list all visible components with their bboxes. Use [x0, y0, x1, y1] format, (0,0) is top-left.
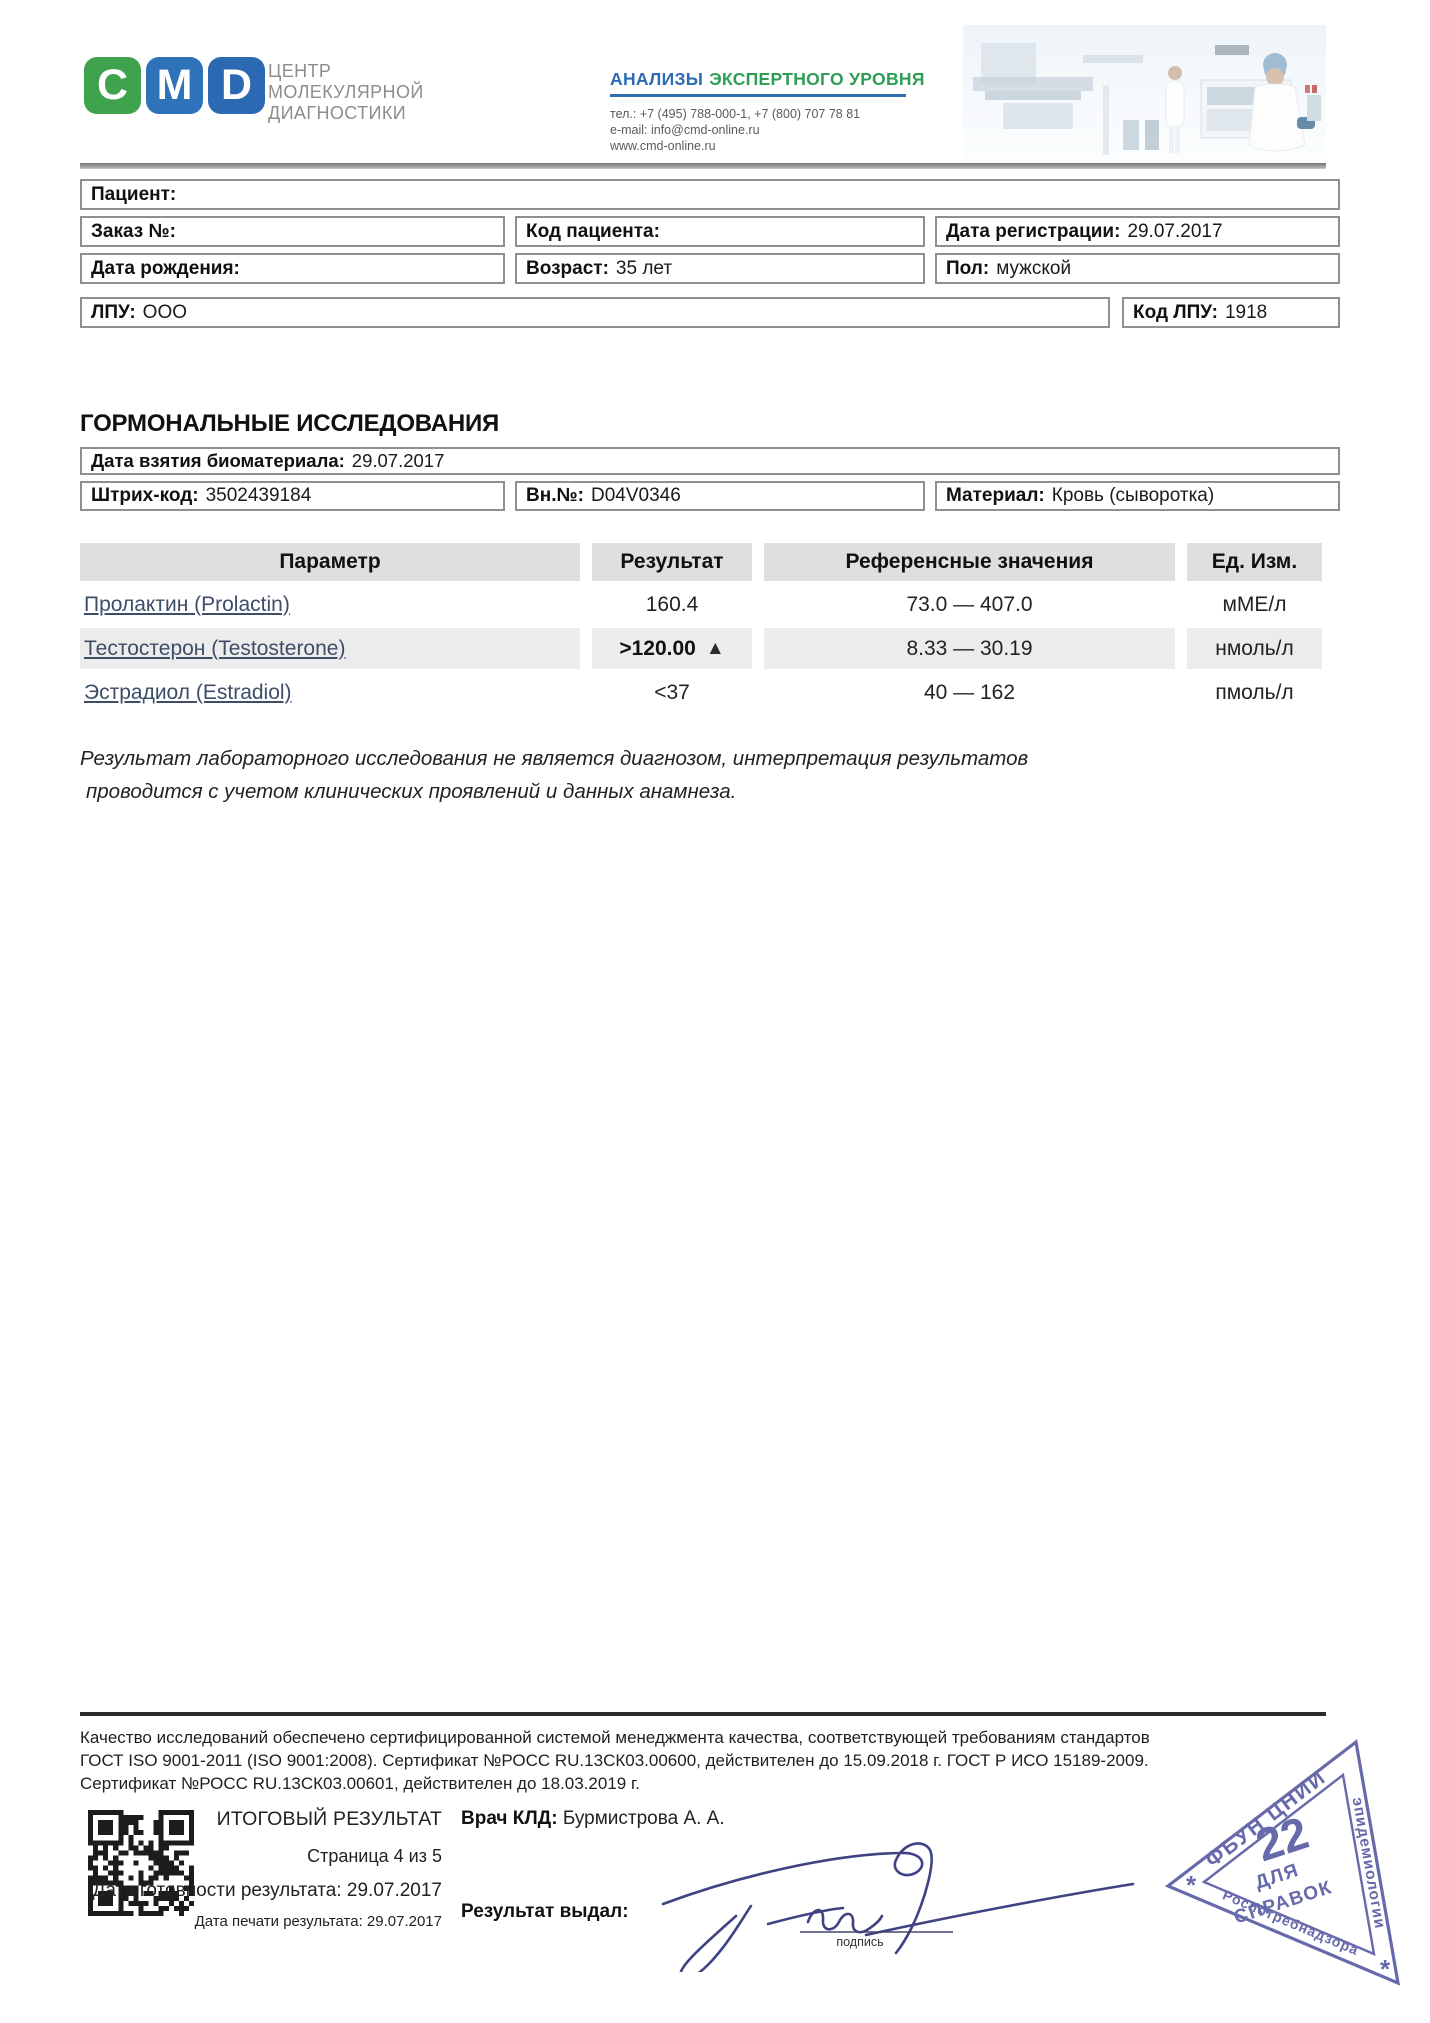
doctor-line: Врач КЛД: Бурмистрова А. А. — [461, 1808, 725, 1830]
section-title: ГОРМОНАЛЬНЫЕ ИССЛЕДОВАНИЯ — [80, 410, 499, 438]
material-field: Материал: Кровь (сыворотка) — [935, 481, 1340, 511]
logo-letter-m: M — [146, 57, 203, 114]
tagline-green: ЭКСПЕРТНОГО УРОВНЯ — [709, 69, 925, 89]
patient-code-label: Код пациента: — [526, 221, 660, 243]
patient-label: Пациент: — [91, 184, 176, 206]
lab-report-page: C M D ЦЕНТР МОЛЕКУЛЯРНОЙ ДИАГНОСТИКИ АНА… — [0, 0, 1430, 2023]
lpu-code-label: Код ЛПУ: — [1133, 302, 1218, 324]
ready-date-line: Дата готовности результата: 29.07.2017 — [80, 1880, 442, 1902]
quality-line2: ГОСТ ISO 9001-2011 (ISO 9001:2008). Серт… — [80, 1749, 1150, 1772]
stamp-asterisk-bottom: * — [1380, 1954, 1391, 1984]
result-row-value-cell: 160.4 — [592, 584, 752, 625]
age-value: 35 лет — [616, 258, 672, 280]
birth-date-label: Дата рождения: — [91, 258, 240, 280]
phone-line: тел.: +7 (495) 788-000-1, +7 (800) 707 7… — [610, 106, 860, 122]
note-line1: Результат лабораторного исследования не … — [80, 742, 1028, 775]
ready-date-value: 29.07.2017 — [347, 1880, 442, 1901]
print-date-label: Дата печати результата: — [195, 1913, 363, 1930]
issued-by-label: Результат выдал: — [461, 1901, 629, 1923]
quality-statement: Качество исследований обеспечено сертифи… — [80, 1726, 1150, 1795]
sex-field: Пол: мужской — [935, 253, 1340, 284]
logo-letter-d: D — [208, 57, 265, 114]
org-name: ЦЕНТР МОЛЕКУЛЯРНОЙ ДИАГНОСТИКИ — [268, 61, 424, 124]
print-date-line: Дата печати результата: 29.07.2017 — [80, 1913, 442, 1930]
result-row-reference-cell: 40 — 162 — [764, 672, 1175, 713]
lpu-code-value: 1918 — [1225, 302, 1267, 324]
parameter-link[interactable]: Пролактин (Prolactin) — [84, 593, 290, 617]
result-row-units-cell: пмоль/л — [1187, 672, 1322, 713]
patient-code-field: Код пациента: — [515, 216, 925, 247]
stamp-edge-right-text: эпидемиологии — [1348, 1796, 1388, 1930]
lpu-label: ЛПУ: — [91, 302, 136, 324]
footer-separator — [80, 1712, 1326, 1716]
biomaterial-date-field: Дата взятия биоматериала: 29.07.2017 — [80, 447, 1340, 475]
signature: подпись — [618, 1832, 1143, 1972]
website-line: www.cmd-online.ru — [610, 138, 860, 154]
patient-field: Пациент: — [80, 179, 1340, 210]
material-value: Кровь (сыворотка) — [1052, 485, 1214, 507]
contacts-block: тел.: +7 (495) 788-000-1, +7 (800) 707 7… — [610, 106, 860, 154]
tagline-blue: АНАЛИЗЫ — [610, 69, 703, 89]
result-row-parameter-cell: Пролактин (Prolactin) — [80, 584, 580, 625]
order-field: Заказ №: — [80, 216, 505, 247]
org-name-line3: ДИАГНОСТИКИ — [268, 103, 424, 124]
registration-date-field: Дата регистрации: 29.07.2017 — [935, 216, 1340, 247]
material-label: Материал: — [946, 485, 1045, 507]
print-date-value: 29.07.2017 — [367, 1913, 442, 1930]
quality-line3: Сертификат №РОСС RU.13СК03.00601, действ… — [80, 1772, 1150, 1795]
lpu-value: ООО — [143, 302, 187, 324]
parameter-link[interactable]: Эстрадиол (Estradiol) — [84, 681, 292, 705]
biomaterial-date-label: Дата взятия биоматериала: — [91, 450, 345, 472]
registration-date-value: 29.07.2017 — [1127, 221, 1222, 243]
triangular-stamp: ФБУН ЦНИИ эпидемиологии Роспотребнадзора… — [1113, 1736, 1430, 2023]
quality-line1: Качество исследований обеспечено сертифи… — [80, 1726, 1150, 1749]
tagline: АНАЛИЗЫЭКСПЕРТНОГО УРОВНЯ — [610, 69, 925, 90]
lpu-code-field: Код ЛПУ: 1918 — [1122, 297, 1340, 328]
stamp-asterisk-left: * — [1186, 1870, 1197, 1900]
logo-letter-c: C — [84, 57, 141, 114]
result-row-parameter-cell: Эстрадиол (Estradiol) — [80, 672, 580, 713]
tagline-underline — [610, 94, 906, 97]
sex-value: мужской — [996, 258, 1071, 280]
order-label: Заказ №: — [91, 221, 176, 243]
internal-number-value: D04V0346 — [591, 485, 681, 507]
final-result-title: ИТОГОВЫЙ РЕЗУЛЬТАТ — [80, 1808, 442, 1831]
sex-label: Пол: — [946, 258, 989, 280]
column-header-units: Ед. Изм. — [1187, 543, 1322, 581]
ready-date-label: Дата готовности результата: — [93, 1880, 342, 1901]
barcode-field: Штрих-код: 3502439184 — [80, 481, 505, 511]
result-row-units-cell: нмоль/л — [1187, 628, 1322, 669]
page-indicator: Страница 4 из 5 — [80, 1846, 442, 1867]
age-label: Возраст: — [526, 258, 609, 280]
result-row-reference-cell: 73.0 — 407.0 — [764, 584, 1175, 625]
signature-caption: подпись — [836, 1935, 883, 1949]
result-row-units-cell: мМЕ/л — [1187, 584, 1322, 625]
org-name-line1: ЦЕНТР — [268, 61, 424, 82]
result-row-value-cell: >120.00▲ — [592, 628, 752, 669]
result-row-reference-cell: 8.33 — 30.19 — [764, 628, 1175, 669]
column-header-parameter: Параметр — [80, 543, 580, 581]
internal-number-field: Вн.№: D04V0346 — [515, 481, 925, 511]
column-header-result: Результат — [592, 543, 752, 581]
barcode-label: Штрих-код: — [91, 485, 199, 507]
doctor-label: Врач КЛД: — [461, 1808, 558, 1829]
header-divider-bar — [80, 163, 1326, 169]
lpu-field: ЛПУ: ООО — [80, 297, 1110, 328]
high-value-flag-icon: ▲ — [706, 638, 725, 660]
header-lab-photo — [963, 25, 1326, 163]
doctor-name: Бурмистрова А. А. — [563, 1808, 725, 1829]
email-line: e-mail: info@cmd-online.ru — [610, 122, 860, 138]
column-header-reference: Референсные значения — [764, 543, 1175, 581]
birth-date-field: Дата рождения: — [80, 253, 505, 284]
result-row-value-cell: <37 — [592, 672, 752, 713]
parameter-link[interactable]: Тестостерон (Testosterone) — [84, 637, 345, 661]
age-field: Возраст: 35 лет — [515, 253, 925, 284]
result-row-parameter-cell: Тестостерон (Testosterone) — [80, 628, 580, 669]
note-line2: проводится с учетом клинических проявлен… — [80, 775, 1028, 808]
barcode-value: 3502439184 — [206, 485, 312, 507]
final-result-column: ИТОГОВЫЙ РЕЗУЛЬТАТ Страница 4 из 5 Дата … — [80, 1808, 442, 1930]
internal-number-label: Вн.№: — [526, 485, 584, 507]
registration-date-label: Дата регистрации: — [946, 221, 1120, 243]
interpretation-note: Результат лабораторного исследования не … — [80, 742, 1028, 808]
results-table: Параметр Результат Референсные значения … — [80, 543, 1322, 713]
org-name-line2: МОЛЕКУЛЯРНОЙ — [268, 82, 424, 103]
biomaterial-date-value: 29.07.2017 — [352, 450, 445, 472]
cmd-logo: C M D — [84, 57, 265, 114]
